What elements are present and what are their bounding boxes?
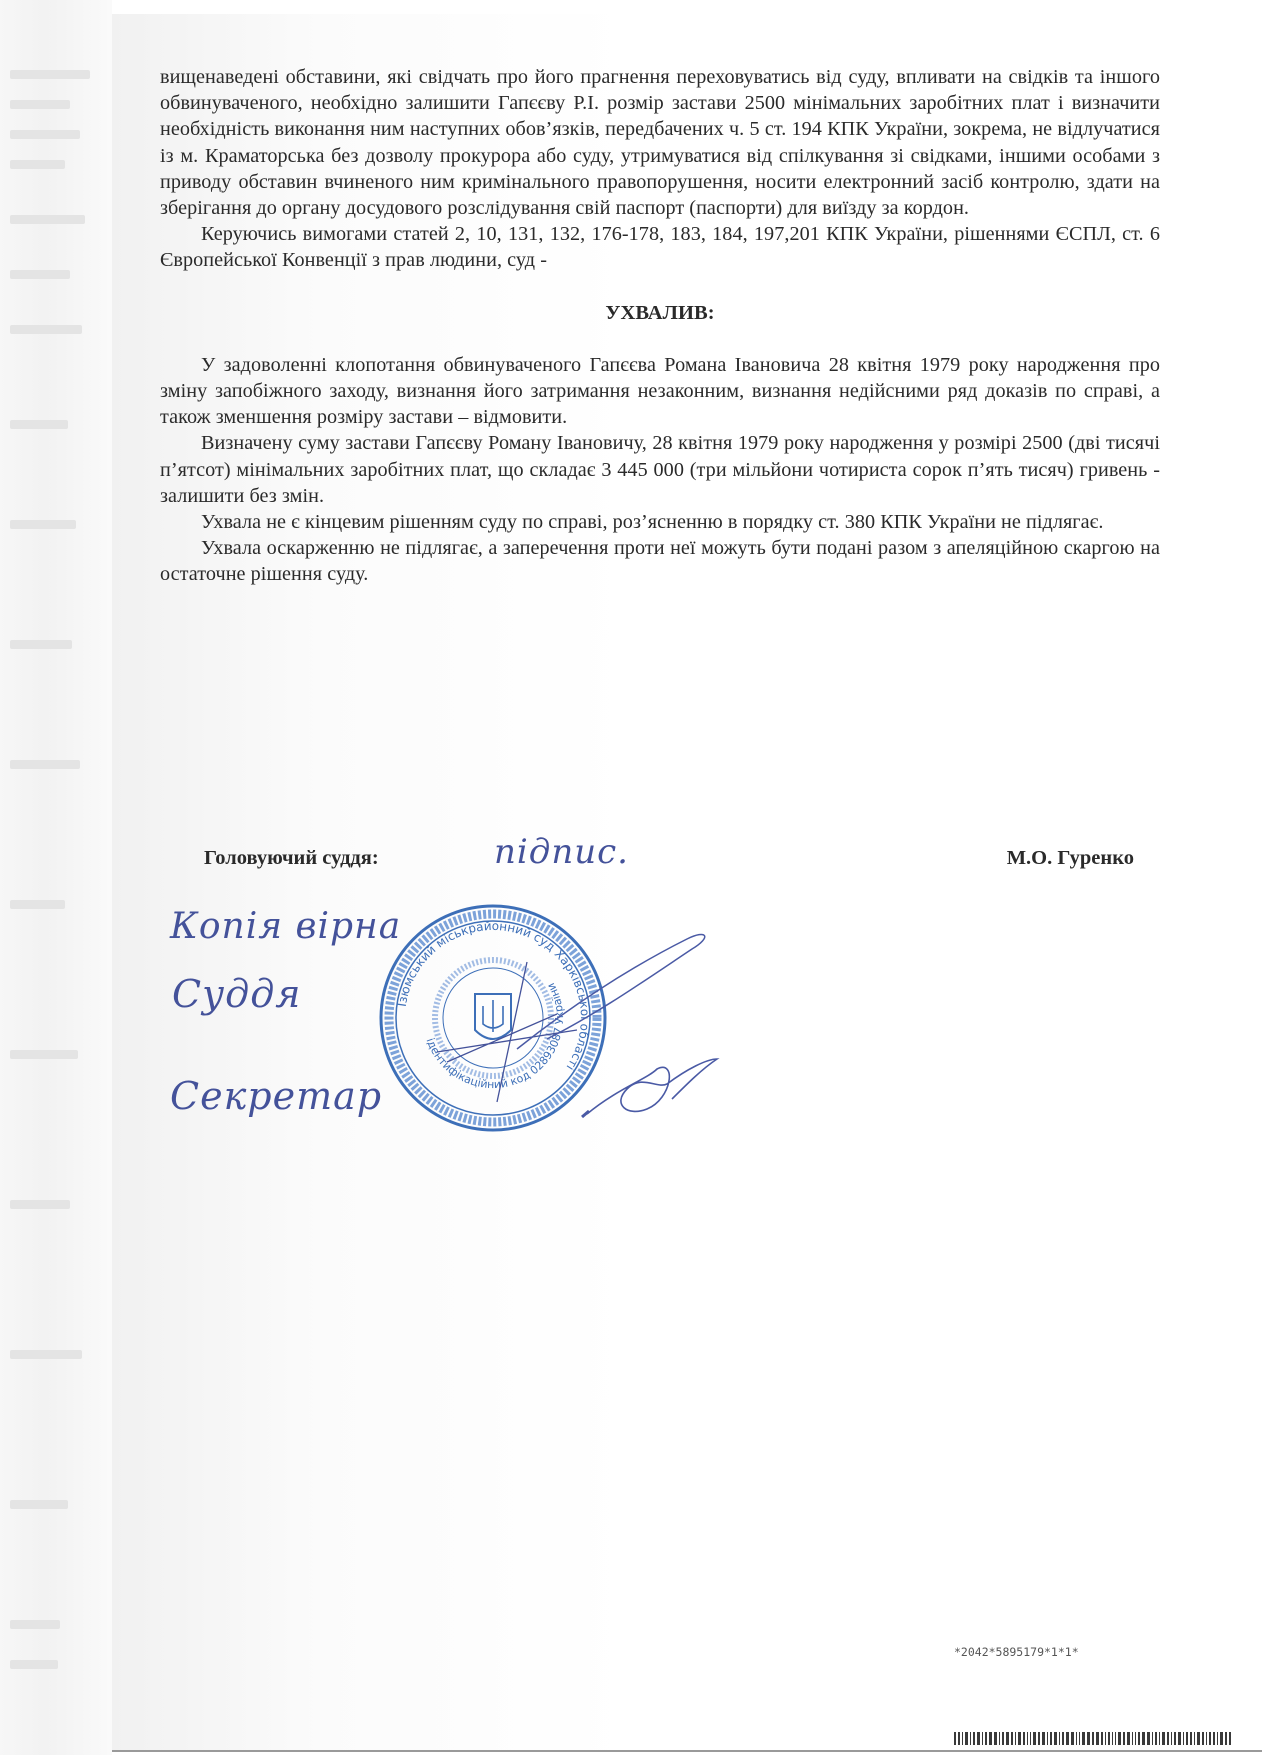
bleed-line [10, 1350, 82, 1359]
ruling-heading: УХВАЛИВ: [160, 300, 1160, 326]
bleed-line [10, 760, 80, 769]
document-barcode [954, 1732, 1275, 1745]
paragraph-ruling-bail: Визначену суму застави Гапєєву Роману Ів… [160, 430, 1160, 509]
handwritten-true-copy: Копія вірна [170, 906, 401, 947]
bleed-line [10, 160, 65, 169]
document-page: вищенаведені обставини, які свідчать про… [112, 14, 1262, 1752]
bleed-line [10, 420, 68, 429]
bleed-line [10, 270, 70, 279]
paragraph-bail-conditions: вищенаведені обставини, які свідчать про… [160, 64, 1160, 221]
bleed-line [10, 1660, 58, 1669]
bleed-line [10, 100, 70, 109]
presiding-judge-label: Головуючий суддя: [204, 847, 379, 870]
bleed-line [10, 900, 65, 909]
barcode-number: *2042*5895179*1*1* [954, 1645, 1079, 1659]
bleed-line [10, 130, 80, 139]
bleed-line [10, 70, 90, 79]
judge-name: М.О. Гуренко [1007, 847, 1134, 870]
paragraph-ruling-denial: У задоволенні клопотання обвинуваченого … [160, 352, 1160, 431]
bleed-line [10, 1620, 60, 1629]
bleed-line [10, 1200, 70, 1209]
bleed-line [10, 215, 85, 224]
paragraph-ruling-appeal: Ухвала оскарженню не підлягає, а запереч… [160, 535, 1160, 587]
bleed-line [10, 1050, 78, 1059]
document-body: вищенаведені обставини, які свідчать про… [160, 64, 1160, 588]
handwritten-signatures [507, 919, 777, 1139]
handwritten-judge: Суддя [172, 972, 301, 1016]
handwritten-secretary: Секретар [170, 1074, 382, 1118]
paragraph-ruling-not-final: Ухвала не є кінцевим рішенням суду по сп… [160, 509, 1160, 535]
bleed-line [10, 520, 76, 529]
paragraph-legal-basis: Керуючись вимогами статей 2, 10, 131, 13… [160, 221, 1160, 273]
bleed-line [10, 325, 82, 334]
handwritten-signature-note: підпис. [494, 832, 629, 872]
bleed-line [10, 1500, 68, 1509]
scan-bleed-margin [0, 0, 112, 1755]
signature-row: Головуючий суддя: М.О. Гуренко [204, 847, 1134, 877]
bleed-line [10, 640, 72, 649]
